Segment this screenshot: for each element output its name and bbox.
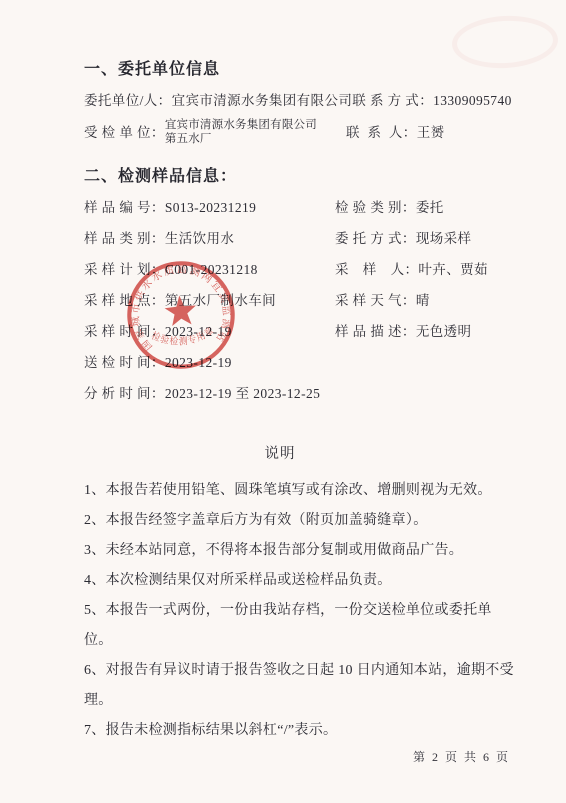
field-value-contact-phone: 13309095740: [433, 92, 512, 110]
report-page: 一、委托单位信息 委托单位/人：宜宾市清源水务集团有限公司 联 系 方 式：13…: [0, 0, 566, 803]
field-value-sampling-weather: 晴: [416, 292, 430, 310]
field-label-inspection-type: 检 验 类 别：: [335, 199, 416, 217]
field-value-sample-category: 生活饮用水: [165, 230, 235, 248]
field-value-sampling-plan: C001-20231218: [165, 261, 258, 279]
field-value-inspected-unit: 宜宾市清源水务集团有限公司第五水厂: [165, 119, 317, 146]
field-value-sample-code: S013-20231219: [165, 199, 256, 217]
field-label-client-unit: 委托单位/人：: [84, 92, 172, 110]
note-item-4: 4、本次检测结果仅对所采样品或送检样品负责。: [84, 566, 516, 596]
sampling-plan-field: 采 样 计 划：C001-20231218: [84, 261, 335, 279]
field-label-sampling-plan: 采 样 计 划：: [84, 261, 165, 279]
sample-category-field: 样 品 类 别：生活饮用水: [84, 230, 335, 248]
sample-row-7: 分 析 时 间：2023-12-19 至 2023-12-25: [84, 385, 516, 403]
inspected-unit-line2: 第五水厂: [165, 133, 212, 145]
notes-section: 说明 1、本报告若使用铅笔、圆珠笔填写或有涂改、增删则视为无效。 2、本报告经签…: [84, 442, 516, 746]
analysis-time-field: 分 析 时 间：2023-12-19 至 2023-12-25: [84, 385, 335, 403]
field-value-sampling-location: 第五水厂制水车间: [165, 292, 276, 310]
field-value-contact-person: 王赟: [417, 124, 445, 142]
note-item-1: 1、本报告若使用铅笔、圆珠笔填写或有涂改、增删则视为无效。: [84, 476, 516, 506]
field-value-sampler: 叶卉、贾茹: [418, 261, 488, 279]
commission-mode-field: 委 托 方 式：现场采样: [335, 230, 516, 248]
field-value-sample-description: 无色透明: [416, 323, 472, 341]
note-item-5: 5、本报告一式两份，一份由我站存档，一份交送检单位或委托单位。: [84, 596, 516, 656]
sampling-time-field: 采 样 时 间：2023-12-19: [84, 323, 335, 341]
field-label-commission-mode: 委 托 方 式：: [335, 230, 416, 248]
sample-row-3: 采 样 计 划：C001-20231218 采 样 人：叶卉、贾茹: [84, 261, 516, 279]
notes-heading: 说明: [84, 442, 476, 463]
sample-row-4: 采 样 地 点：第五水厂制水车间 采 样 天 气：晴: [84, 292, 516, 310]
note-item-6: 6、对报告有异议时请于报告签收之日起 10 日内通知本站，逾期不受理。: [84, 656, 516, 716]
sampling-weather-field: 采 样 天 气：晴: [335, 292, 516, 310]
sampler-field: 采 样 人：叶卉、贾茹: [335, 261, 516, 279]
note-item-3: 3、未经本站同意，不得将本报告部分复制或用做商品广告。: [84, 536, 516, 566]
delivery-time-field: 送 检 时 间：2023-12-19: [84, 354, 335, 372]
field-label-contact-phone: 联 系 方 式：: [352, 92, 433, 110]
note-item-2: 2、本报告经签字盖章后方为有效（附页加盖骑缝章）。: [84, 506, 516, 536]
client-field: 委托单位/人：宜宾市清源水务集团有限公司: [84, 92, 352, 110]
field-label-sample-description: 样 品 描 述：: [335, 323, 416, 341]
sampling-location-field: 采 样 地 点：第五水厂制水车间: [84, 292, 335, 310]
inspected-unit-field: 受 检 单 位：宜宾市清源水务集团有限公司第五水厂: [84, 119, 346, 146]
client-row-1: 委托单位/人：宜宾市清源水务集团有限公司 联 系 方 式：13309095740: [84, 92, 516, 110]
field-label-sampling-weather: 采 样 天 气：: [335, 292, 416, 310]
inspected-unit-line1: 宜宾市清源水务集团有限公司: [165, 119, 317, 131]
field-label-sampler: 采 样 人：: [335, 261, 418, 279]
field-label-contact-person: 联 系 人：: [346, 124, 417, 142]
field-label-sample-category: 样 品 类 别：: [84, 230, 165, 248]
field-value-inspection-type: 委托: [416, 199, 444, 217]
inspection-type-field: 检 验 类 别：委托: [335, 199, 516, 217]
contact-phone-field: 联 系 方 式：13309095740: [352, 92, 516, 110]
field-label-sampling-time: 采 样 时 间：: [84, 323, 165, 341]
field-value-client-unit: 宜宾市清源水务集团有限公司: [172, 92, 353, 110]
client-row-2: 受 检 单 位：宜宾市清源水务集团有限公司第五水厂 联 系 人：王赟: [84, 119, 516, 146]
field-value-commission-mode: 现场采样: [416, 230, 472, 248]
sample-row-2: 样 品 类 别：生活饮用水 委 托 方 式：现场采样: [84, 230, 516, 248]
sample-row-5: 采 样 时 间：2023-12-19 样 品 描 述：无色透明: [84, 323, 516, 341]
client-section-heading: 一、委托单位信息: [84, 56, 516, 79]
field-value-sampling-time: 2023-12-19: [165, 323, 232, 341]
page-content: 一、委托单位信息 委托单位/人：宜宾市清源水务集团有限公司 联 系 方 式：13…: [84, 56, 516, 746]
contact-person-field: 联 系 人：王赟: [346, 124, 516, 142]
sample-row-1: 样 品 编 号：S013-20231219 检 验 类 别：委托: [84, 199, 516, 217]
field-label-delivery-time: 送 检 时 间：: [84, 354, 165, 372]
field-value-delivery-time: 2023-12-19: [165, 354, 232, 372]
field-value-analysis-time: 2023-12-19 至 2023-12-25: [165, 385, 320, 403]
sample-section-heading: 二、检测样品信息：: [84, 163, 516, 186]
field-label-sampling-location: 采 样 地 点：: [84, 292, 165, 310]
note-item-7: 7、报告未检测指标结果以斜杠“/”表示。: [84, 716, 516, 746]
field-label-analysis-time: 分 析 时 间：: [84, 385, 165, 403]
sample-code-field: 样 品 编 号：S013-20231219: [84, 199, 335, 217]
field-label-sample-code: 样 品 编 号：: [84, 199, 165, 217]
sample-row-6: 送 检 时 间：2023-12-19: [84, 354, 516, 372]
page-number: 第 2 页 共 6 页: [413, 748, 510, 765]
sample-description-field: 样 品 描 述：无色透明: [335, 323, 516, 341]
field-label-inspected-unit: 受 检 单 位：: [84, 124, 165, 142]
